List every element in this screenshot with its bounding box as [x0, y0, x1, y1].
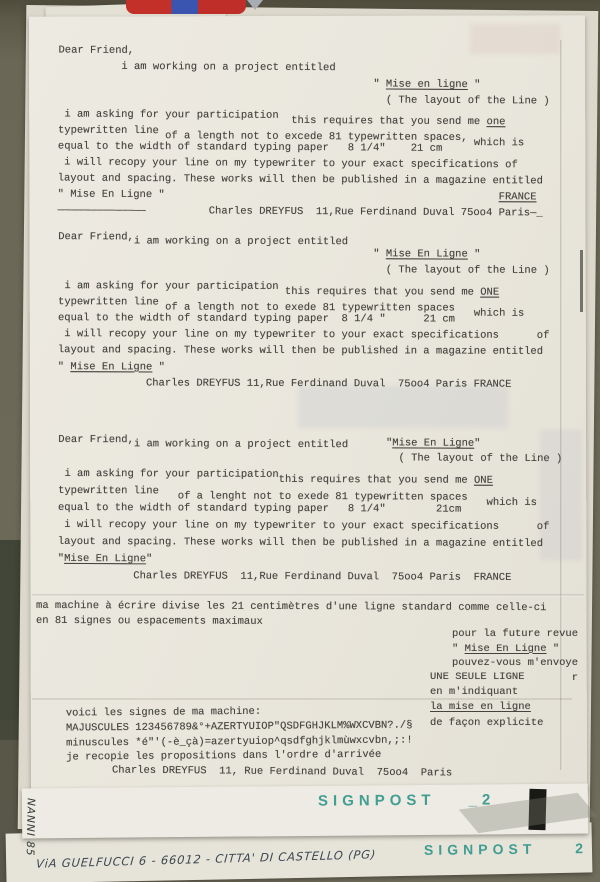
- typed-line: " Mise En Ligne ": [452, 642, 578, 657]
- signpost-stamp-bottom: SIGNPOST 2: [424, 840, 588, 858]
- typed-segment: pour la future revue: [452, 628, 578, 640]
- typed-segment: which is: [455, 307, 524, 319]
- typed-segment: pouvez-vous m'envoye: [452, 657, 578, 669]
- typed-segment: Mise en ligne: [386, 79, 468, 92]
- typed-segment: ONE: [474, 475, 493, 487]
- typed-segment: [165, 189, 499, 203]
- typed-line: layout and spacing. These works will the…: [58, 534, 562, 553]
- typed-segment: i am asking for your participation: [58, 468, 279, 481]
- typed-segment: la mise en ligne: [430, 701, 531, 713]
- typed-segment: i will recopy your line on my typewriter…: [58, 328, 550, 342]
- typed-line: Charles DREYFUS 11,Rue Ferdinand Duval 7…: [58, 568, 562, 587]
- typed-segment: FRANCE: [499, 191, 537, 203]
- typed-line: Charles DREYFUS 11,Rue Ferdinand Duval 7…: [58, 375, 550, 393]
- typed-segment: ": [452, 643, 465, 655]
- typed-segment: ": [474, 438, 480, 450]
- typed-segment: equal to the width of standard typing pa…: [58, 502, 461, 516]
- typed-segment: ": [58, 76, 386, 90]
- typed-segment: which is: [467, 137, 524, 149]
- typed-segment: typewritten line: [58, 124, 159, 137]
- typed-segment: i am asking for your participation: [58, 280, 279, 293]
- typed-line: i will recopy your line on my typewriter…: [58, 517, 562, 536]
- typed-segment: ": [468, 249, 481, 261]
- typed-segment: typewritten line: [58, 296, 159, 308]
- french-note-right-mid: UNE SEULE LIGNEen m'indiquantla mise en …: [430, 670, 543, 731]
- typed-segment: equal to the width of standard typing pa…: [58, 140, 442, 154]
- typed-segment: voici les signes de ma machine:: [66, 706, 261, 720]
- typed-segment: ": [58, 361, 71, 373]
- typed-line: ( The layout of the Line ): [58, 262, 550, 280]
- typed-line: la mise en ligne: [430, 700, 543, 715]
- typed-line: —————————————— Charles DREYFUS 11,Rue Fe…: [57, 202, 549, 221]
- typed-segment: Charles DREYFUS 11,Rue Ferdinand Duval 7…: [58, 377, 512, 391]
- typed-segment: UNE SEULE LIGNE: [430, 671, 525, 683]
- typed-segment: this requires that you send me: [279, 474, 474, 487]
- typed-segment: minuscules *é"'(-è_çà)=azertyuiop^qsdfgh…: [66, 734, 413, 749]
- typed-segment: " Mise En Ligne ": [58, 188, 165, 201]
- photo-of-documents: { "colors":{"stamp_teal":"#2f968b","pape…: [0, 0, 600, 882]
- red-clip: [126, 0, 246, 14]
- signpost-stamp-top: SIGNPOST _2: [318, 791, 495, 809]
- typed-segment: —————————————— Charles DREYFUS 11,Rue Fe…: [57, 204, 542, 219]
- typed-segment: this requires that you send me: [279, 286, 481, 299]
- typed-segment: typewritten line: [58, 485, 159, 497]
- typed-segment: one: [487, 116, 506, 128]
- letter-english-1: Dear Friend, i am working on a project e…: [57, 43, 550, 222]
- typed-line: UNE SEULE LIGNE: [430, 670, 543, 685]
- typed-line: je recopie les propositions dans l'ordre…: [66, 748, 413, 766]
- typed-segment: ma machine à écrire divise les 21 centim…: [36, 600, 546, 614]
- letter-english-3: Dear Friend,i am working on a project en…: [58, 432, 563, 587]
- typed-segment: de façon explicite: [430, 717, 543, 729]
- typed-segment: Dear Friend,: [58, 231, 134, 243]
- typed-segment: layout and spacing. These works will the…: [58, 345, 543, 359]
- typed-line: " Mise En Ligne ": [58, 245, 550, 263]
- typed-segment: i am working on a project entitled: [58, 61, 335, 75]
- typed-line: ( The layout of the Line ): [58, 449, 562, 468]
- typed-segment: ( The layout of the Line ): [58, 451, 562, 465]
- typed-line: "Mise En Ligne": [58, 551, 562, 570]
- typed-line: Dear Friend,i am working on a project en…: [58, 432, 562, 451]
- typed-segment: Mise En Ligne: [392, 437, 474, 449]
- typed-line: layout and spacing. These works will the…: [58, 343, 550, 361]
- machine-signs-list: voici les signes de ma machine:MAJUSCULE…: [66, 703, 413, 765]
- typed-line: pour la future revue: [452, 627, 578, 642]
- typed-segment: ONE: [480, 286, 499, 298]
- typed-segment: Dear Friend,: [58, 434, 134, 446]
- typed-line: i am asking for your participationthis r…: [58, 466, 562, 485]
- typed-segment: ( The layout of the Line ): [58, 264, 550, 278]
- typed-line: i am asking for your participation this …: [58, 278, 550, 296]
- typed-segment: Charles DREYFUS 11,Rue Ferdinand Duval 7…: [58, 570, 512, 584]
- typed-line: Dear Friend,i am working on a project en…: [58, 229, 550, 247]
- paper-edge-horizontal: [32, 594, 584, 597]
- typed-segment: MAJUSCULES 123456789&°+AZERTYUIOP"QSDFGH…: [66, 719, 413, 734]
- typed-segment: i am asking for your participation: [58, 108, 279, 121]
- typed-line: " Mise En Ligne ": [58, 359, 550, 377]
- typed-segment: equal to the width of standard typing pa…: [58, 312, 455, 325]
- typed-segment: ": [146, 553, 152, 565]
- typed-segment: Dear Friend,: [58, 45, 134, 57]
- letter-english-2: Dear Friend,i am working on a project en…: [58, 229, 550, 393]
- typed-segment: ": [58, 247, 386, 260]
- typed-segment: which is: [468, 497, 537, 509]
- typed-line: en m'indiquant: [430, 685, 543, 700]
- typed-line: i will recopy your line on my typewriter…: [58, 326, 550, 344]
- typed-segment: Mise En Ligne: [386, 248, 468, 260]
- typed-segment: ": [152, 361, 165, 373]
- typed-segment: Mise En Ligne: [70, 361, 152, 373]
- typed-segment: ( The layout of the Line ): [58, 92, 550, 107]
- typed-segment: en 81 signes ou espacements maximaux: [36, 615, 263, 628]
- dark-edge-mark: [580, 250, 583, 312]
- typed-segment: ": [547, 643, 560, 655]
- typed-segment: i am working on a project entitled: [134, 438, 386, 451]
- typed-segment: i will recopy your line on my typewriter…: [58, 156, 518, 171]
- typed-segment: i am working on a project entitled: [134, 235, 348, 248]
- typed-segment: layout and spacing. These works will the…: [58, 536, 543, 550]
- typed-segment: this requires that you send me: [279, 115, 487, 128]
- typed-segment: layout and spacing. These works will the…: [58, 172, 543, 187]
- typed-segment: en m'indiquant: [430, 686, 518, 698]
- typed-segment: i will recopy your line on my typewriter…: [58, 519, 550, 533]
- typed-segment: je recopie les propositions dans l'ordre…: [66, 749, 381, 764]
- typed-segment: ": [468, 79, 481, 91]
- typed-segment: Mise En Ligne: [64, 553, 146, 565]
- handwritten-signature-vertical: NANNI 85: [23, 798, 36, 882]
- typed-segment: Mise En Ligne: [465, 643, 547, 655]
- typed-line: pouvez-vous m'envoye: [452, 656, 578, 671]
- typed-line: de façon explicite: [430, 716, 543, 731]
